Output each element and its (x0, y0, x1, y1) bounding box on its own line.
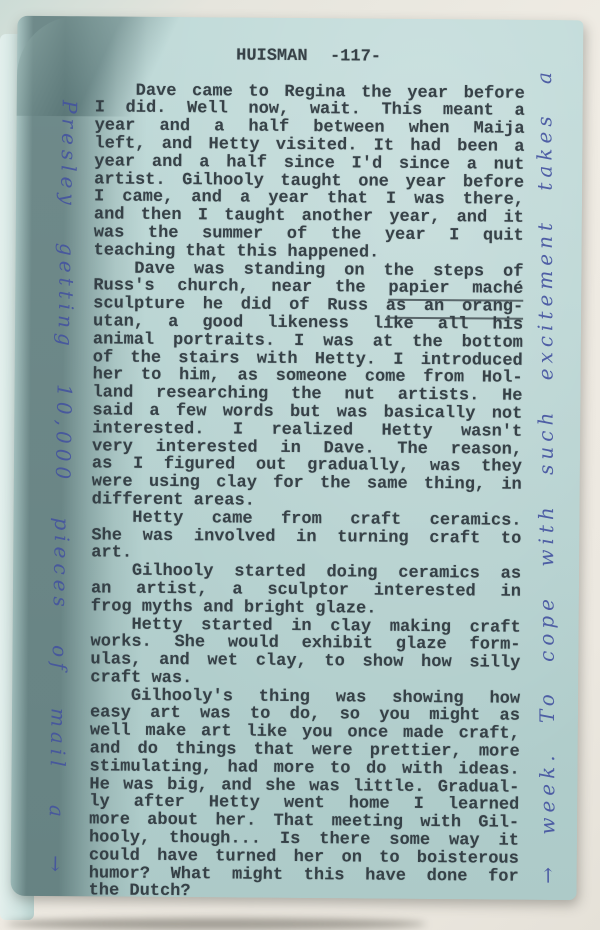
text-line: the Dutch? (89, 883, 519, 904)
page-header: HUISMAN-117- (95, 46, 525, 67)
table-shadow (6, 918, 426, 930)
paragraph: Dave was standing on the steps ofRuss's … (92, 260, 524, 513)
text-line: She was involved in turning craft to (91, 527, 521, 548)
paragraph: Hetty came from craft ceramics.She was i… (91, 509, 521, 566)
paragraph: Gilhooly started doing ceramics asan art… (91, 562, 521, 619)
page-number: -117- (330, 47, 381, 66)
paragraph: Dave came to Regina the year beforeI did… (94, 82, 525, 263)
typed-content: HUISMAN-117- Dave came to Regina the yea… (11, 16, 584, 905)
typed-text: Dave came to Regina the year beforeI did… (89, 82, 525, 904)
paragraph: Hetty started in clay making craftworks.… (90, 616, 521, 691)
photo-background: HUISMAN-117- Dave came to Regina the yea… (0, 0, 600, 930)
manuscript-page: HUISMAN-117- Dave came to Regina the yea… (11, 16, 584, 900)
right-margin-note: → week. To cope with such excitement tak… (531, 74, 561, 884)
paragraph: Gilhooly's thing was showing howeasy art… (89, 687, 521, 904)
author-name: HUISMAN (236, 47, 308, 67)
